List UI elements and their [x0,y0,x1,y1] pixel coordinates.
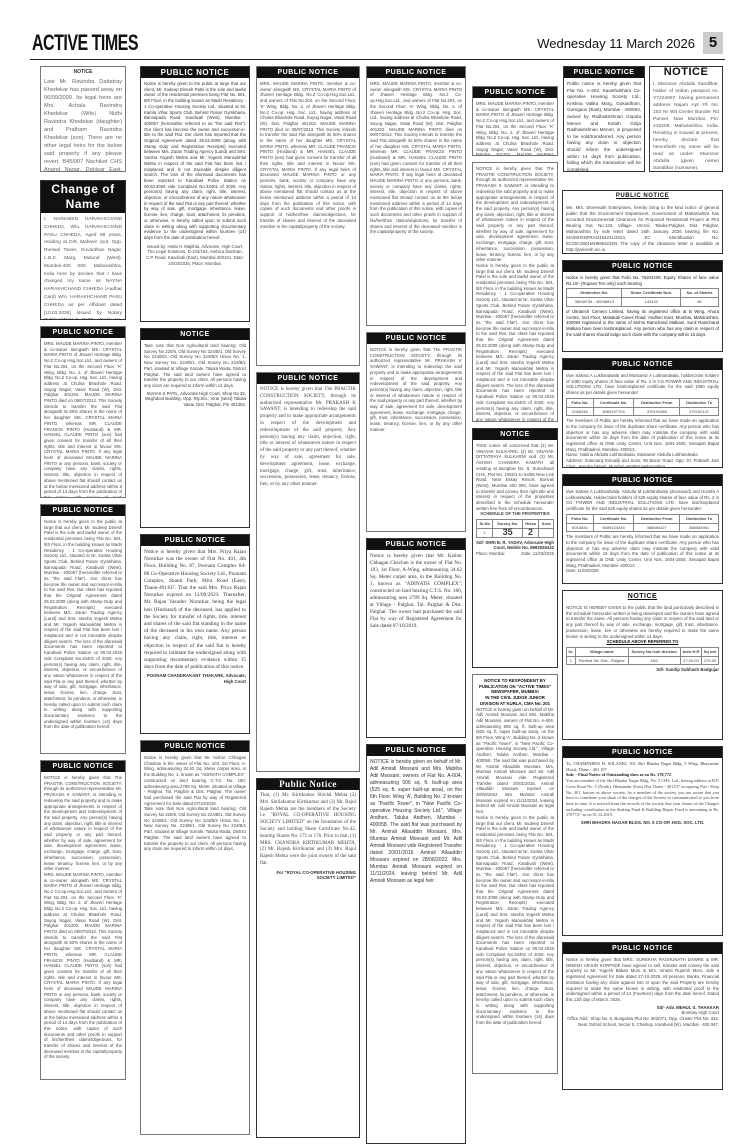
table-cell: 6089124245 [593,523,633,532]
table-cell: 270.00 [702,656,719,665]
notice-title: NOTICE [44,70,122,76]
table-cell: 27.00.00 [680,656,701,665]
notice-body-continued: Take note that Non Agricultural land bea… [144,806,246,852]
notice-body: of Ultratech Cement Limited, having its … [566,309,719,338]
issued-by: Issued by: Hetal H. Majithia, Advocate, … [144,244,246,267]
mehta-society-notice: PUBLIC NOTICE Notice is hereby given to … [40,504,126,754]
notice-title: Public Notice [257,779,359,790]
notice-title: PUBLIC NOTICE [141,741,249,752]
table-header: No. of Shares [681,289,719,298]
notice-title: PUBLIC NOTICE [367,67,465,78]
notice-body: Notice is hereby given that Mr. Kishor C… [144,755,246,806]
table-cell: 368084427 [634,523,680,532]
notice-body: Notice is hereby given to the public at … [44,519,122,730]
table-header: Certificate No. [593,398,633,407]
norurkar-notice: PUBLIC NOTICE Notice is hereby given tha… [140,534,250,734]
holder-address: Address: Sulemanji Esmailji and Sons, 95… [566,458,719,468]
notice-title: PUBLIC NOTICE [367,333,465,344]
table-header: Folio No. [567,398,594,407]
moosani-notice: PUBLIC NOTICE NOTICE is hereby given on … [366,744,466,1144]
table-header: Distinctive From [634,398,680,407]
notice-body: Notice is hereby given that Mr. Kishor C… [370,553,462,630]
notice-body: Notice is hereby given that MRS. SUREKHA… [566,957,719,1003]
notice-body: That, (1) Mr. Kirtikumar Shivlal Mehta (… [260,793,356,868]
notice-body-continued: MRS. MAUDE MARINA PINTO, member & co-own… [44,872,122,1060]
table-cell: 36038734 - 36038813 [567,298,622,307]
table-cell: 1 [567,656,576,665]
column-4: PUBLIC NOTICE MRS. MAUDE MARINA PINTO, m… [366,66,466,1148]
chavhan-notice: PUBLIC NOTICE Notice is hereby given tha… [366,538,466,738]
table-cell: 370191068 [634,407,680,416]
notice-body: MRS. MAUDE MARINA PINTO, member & co-own… [370,81,462,235]
table-cell: 0065248 [567,407,594,416]
notice-body: MRS. MAUDE MARINA PINTO, member & co-own… [260,81,356,229]
notice-title: PUBLIC NOTICE [563,943,722,954]
notice-body: NOTICE IS HEREBY GIVEN to the public tha… [566,605,719,639]
table-header: Distinctive No. [567,289,622,298]
cg-power-notice-1: PUBLIC NOTICE I/we Sakina A Lokhandwala … [562,358,723,468]
notice-signature: Sd/- Sandip Subhash Badgujar [566,667,719,673]
notice-body: Late Mr. Ravindra Dattatray Khedekar has… [44,78,122,172]
table-header: Survey No./sub division [628,647,680,656]
dawre-notice: PUBLIC NOTICE Notice is hereby given tha… [562,942,723,1090]
notice-signature: SUHAS S PATIL, Advocate High Court, Shop… [144,391,246,408]
notice-body: Notice is hereby given to the public at … [144,81,246,241]
table-header: Sq mtr [702,647,719,656]
masthead: ACTIVE TIMES Wednesday 11 March 2026 5 [30,30,725,60]
notice-body: Public notice is hereby given that Flat … [567,81,641,172]
table-cell: 80 [681,298,719,307]
column-3: PUBLIC NOTICE MRS. MAUDE MARINA PINTO, m… [256,66,360,1144]
column-2: PUBLIC NOTICE Notice is hereby given to … [140,66,250,1141]
shares-table: Folio No. Certificate No. Distinctive Fr… [566,398,719,416]
table-header: Distinctive To [680,398,719,407]
sandilkar-notice: NOTICE I, Mansoor Abdulla Sandilkar, hol… [649,66,723,172]
notice-title: PUBLIC NOTICE [257,67,359,78]
notice-signature: POONAM CHANDRAKANT THAKARE, Advocate, Hi… [144,673,246,684]
notice-body: The members of Public are hereby informe… [566,418,719,452]
notice-title: PUBLIC NOTICE [141,67,249,78]
notice-body: NOTICE is hereby given that The PRAGTIK … [260,387,356,489]
table-header: Village name [575,647,628,656]
notice-body: Notice is hereby given that Mrs. Priya R… [144,549,246,671]
table-header: Distinctive To [680,514,719,523]
table-header: Sr. [567,647,576,656]
redevelopment-notice: PUBLIC NOTICE NOTICE is hereby given tha… [256,372,360,772]
notice-title: PUBLIC NOTICE [564,67,644,78]
table-header: Distinctive From [634,514,680,523]
ultratech-notice: PUBLIC NOTICE Notice is hereby given tha… [562,260,723,352]
notice-title: NOTICE [563,591,722,602]
notice-title: PUBLIC NOTICE [563,261,722,272]
notice-body: We, Mrs. Shreenath Enterprises, hereby b… [566,205,719,253]
notice-signature: For "ROYAL CO-OPERATIVE HOUSING SOCIETY … [260,870,356,881]
notice-date: Date: 11/03/2026 [566,568,719,574]
notice-body: MRS. MAUDE MARINA PINTO, member & co-own… [476,101,554,156]
top-right-row: PUBLIC NOTICE Public notice is hereby gi… [563,66,723,178]
pinto-notice: PUBLIC NOTICE MRS. MAUDE MARINA PINTO, m… [40,326,126,498]
notice-title: PUBLIC NOTICE [141,535,249,546]
chheda-flat-notice: PUBLIC NOTICE MRS. MAUDE MARINA PINTO, m… [366,66,466,326]
table-cell: 370192147 [680,407,719,416]
notice-intro: I/we Sakina A Lokhandwala, Abdulla M Lok… [566,489,719,512]
notice-body: NOTICE is hereby given on behalf of Mr. … [370,759,462,885]
lower-notice-col2: PUBLIC NOTICE Notice is hereby given tha… [140,740,250,1135]
change-of-name-notice: Change of Name I, NAINABEN HARAKHCHAND C… [40,180,126,320]
notice-title: PUBLIC NOTICE [41,327,125,338]
table-cell: Panthal Tal. Dist - Palghar [575,656,628,665]
notice-intro: I/we Sakina A Lokhandwala and Mustansir … [566,373,719,396]
notice-body: I, NAINABEN HARAKHCHAND CHHEDA, W/o. HAR… [44,216,122,320]
newspaper-brand: ACTIVE TIMES [32,32,138,57]
table-cell: 368084951 [680,523,719,532]
notice-title: PUBLIC NOTICE [473,87,557,98]
land-schedule-notice: NOTICE NOTICE IS HEREBY GIVEN to the pub… [562,590,723,740]
radhakrishnan-notice: PUBLIC NOTICE Public notice is hereby gi… [563,66,645,172]
schedule-table: Sr. Village name Survey No./sub division… [566,647,719,665]
shreenath-notice: PUBLIC NOTICE We, Mrs. Shreenath Enterpr… [562,190,723,254]
notice-title: PUBLIC NOTICE [41,761,125,772]
notice-intro: Notice is hereby given that Folio No. 76… [566,275,719,286]
table-header: Share Certificate Nos. [622,289,681,298]
notice-title: PUBLIC NOTICE [367,539,465,550]
column-1: NOTICE Late Mr. Ravindra Dattatray Khede… [40,66,126,1086]
table-cell: 143432 [622,298,681,307]
flat-notice-col5: PUBLIC NOTICE MRS. MAUDE MARINA PINTO, m… [472,86,558,156]
table-cell: 6016834 [567,523,594,532]
column-6: PUBLIC NOTICE Public notice is hereby gi… [563,66,723,178]
notice-body: NOTICE is hereby given that The PRAGTIK … [44,775,122,872]
shares-table: Folio No. Certificate No. Distinctive Fr… [566,514,719,532]
page-number: 5 [703,32,723,54]
obituary-notice: NOTICE Late Mr. Ravindra Dattatray Khede… [40,66,126,172]
cg-power-notice-2: PUBLIC NOTICE I/we Sakina A Lokhandwala,… [562,474,723,584]
pragtik-notice: PUBLIC NOTICE NOTICE is hereby given tha… [366,332,466,532]
right-wide-area: PUBLIC NOTICE We, Mrs. Shreenath Enterpr… [490,190,723,1096]
notice-body: Take note that Non Agricultural land bea… [144,343,246,389]
schedule-title: SCHEDULE ABOVE REFERRED TO [566,639,719,645]
notice-title: PUBLIC NOTICE [563,747,722,758]
notice-to: To, CHAMPABEN H. SOLANKI, 301 Shri Bhadr… [566,761,719,772]
issue-date: Wednesday 11 March 2026 [537,36,695,51]
land-notice: NOTICE Take note that Non Agricultural l… [140,328,250,528]
table-header: Area H.R [680,647,701,656]
notice-title: PUBLIC NOTICE [367,745,465,756]
table-header: Folio No. [567,514,594,523]
notice-body: The members of Public are hereby informe… [566,534,719,568]
table-cell: 6089107704 [593,407,633,416]
notice-signature: SHRI BHADRA NAGAR BLDG. NO. 5 CO-OP. HSG… [566,820,719,826]
notice-title: PUBLIC NOTICE [563,475,722,486]
notice-title: PUBLIC NOTICE [563,359,722,370]
mehta-public-notice: Public Notice That, (1) Mr. Kirtikumar S… [256,778,360,1138]
notice-title: NOTICE [650,67,722,78]
table-header: Certificate No. [593,514,633,523]
notice-body: NOTICE is hereby given that The PRAGTIK … [370,347,462,433]
lower-notice-col1: PUBLIC NOTICE NOTICE is hereby given tha… [40,760,126,1080]
notice-title: NOTICE [141,329,249,340]
notice-body: I, Mansoor Abdulla Sandilkar, holder of … [653,81,719,172]
notice-title: PUBLIC NOTICE [563,191,722,202]
notice-title: PUBLIC NOTICE [257,373,359,384]
notice-body: You are member of the Shri Bhadra Nagar … [566,778,719,818]
society-notice-col3: PUBLIC NOTICE MRS. MAUDE MARINA PINTO, m… [256,66,360,366]
notice-body: MRS. MAUDE MARINA PINTO, member & co-own… [44,341,122,498]
shares-table: Distinctive No. Share Certificate Nos. N… [566,288,719,306]
table-cell: 18/1 [628,656,680,665]
patel-flat-notice: PUBLIC NOTICE Notice is hereby given to … [140,66,250,322]
notice-title: Change of Name [41,181,125,213]
notice-title: PUBLIC NOTICE [41,505,125,516]
solanki-notice: PUBLIC NOTICE To, CHAMPABEN H. SOLANKI, … [562,746,723,936]
advocate-office: Office Add.: Shop No. 5, Bungalow Plot N… [566,1016,719,1027]
